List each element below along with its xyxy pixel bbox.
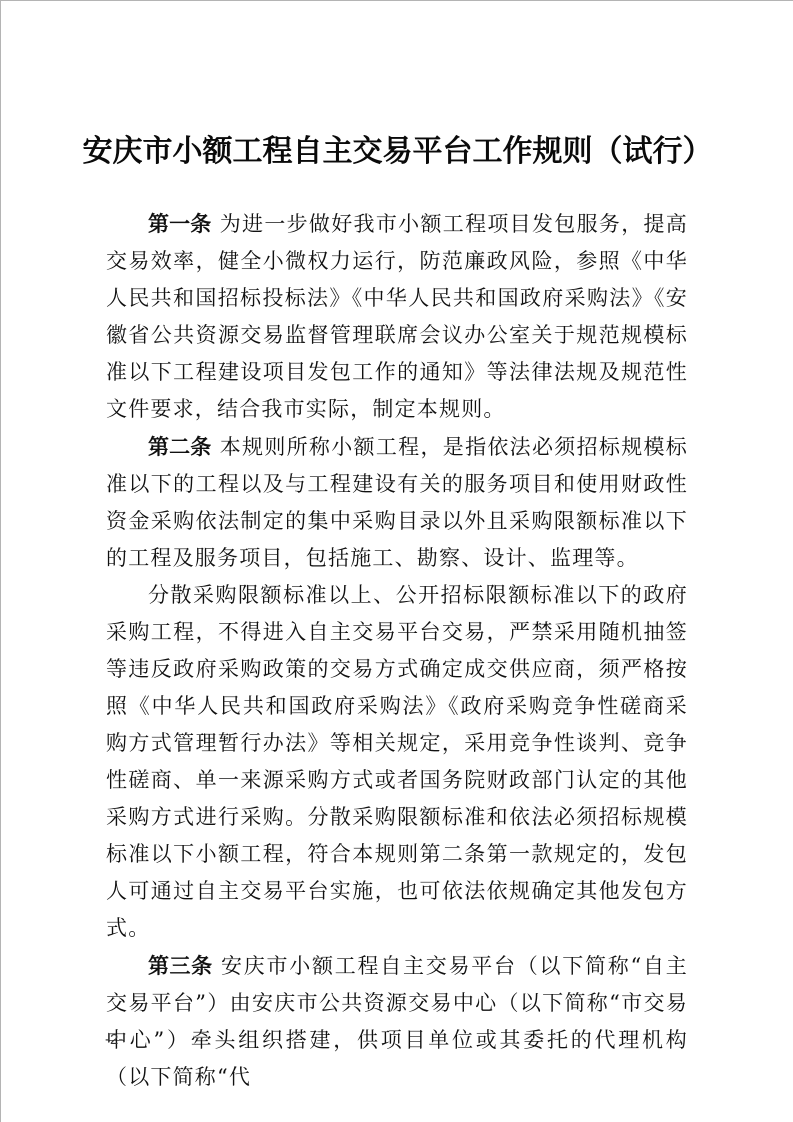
article-1-number: 第一条 (148, 211, 211, 236)
article-2-paragraph: 第二条本规则所称小额工程，是指依法必须招标规模标准以下的工程以及与工程建设有关的… (106, 428, 688, 577)
article-3-paragraph: 第三条安庆市小额工程自主交易平台（以下简称“自主交易平台”）由安庆市公共资源交易… (106, 947, 688, 1096)
page-number: -2- (105, 1031, 123, 1048)
article-2-clause-2-paragraph: 分散采购限额标准以上、公开招标限额标准以下的政府采购工程，不得进入自主交易平台交… (106, 577, 688, 947)
document-page: 安庆市小额工程自主交易平台工作规则（试行） 第一条为进一步做好我市小额工程项目发… (1, 1, 793, 1122)
article-3-number: 第三条 (148, 953, 213, 978)
article-2-clause-2-text: 分散采购限额标准以上、公开招标限额标准以下的政府采购工程，不得进入自主交易平台交… (106, 583, 688, 940)
document-body: 第一条为进一步做好我市小额工程项目发包服务，提高交易效率，健全小微权力运行，防范… (106, 205, 688, 1096)
article-1-paragraph: 第一条为进一步做好我市小额工程项目发包服务，提高交易效率，健全小微权力运行，防范… (106, 205, 688, 428)
article-1-text: 为进一步做好我市小额工程项目发包服务，提高交易效率，健全小微权力运行，防范廉政风… (106, 212, 688, 421)
document-title: 安庆市小额工程自主交易平台工作规则（试行） (1, 132, 793, 172)
article-2-number: 第二条 (148, 434, 211, 459)
